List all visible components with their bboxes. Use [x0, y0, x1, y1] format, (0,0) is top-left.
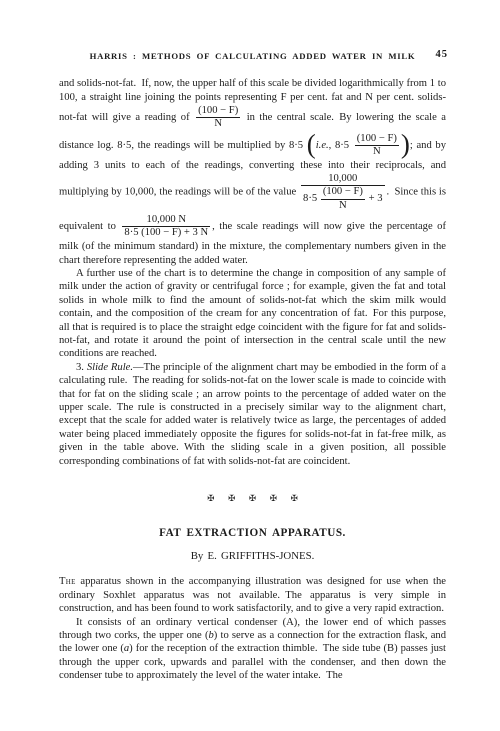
text-run-italic: i.e.,: [316, 140, 332, 151]
fraction-denominator: N: [196, 117, 240, 130]
paragraph: It consists of an ordinary vertical cond…: [59, 616, 446, 683]
text-run: apparatus shown in the accompanying illu…: [59, 576, 446, 614]
inline-fraction: (100 − F)N: [196, 105, 240, 130]
fraction-numerator: (100 − F): [355, 133, 399, 145]
journal-page: HARRIS : METHODS OF CALCULATING ADDED WA…: [0, 0, 500, 731]
fraction-numerator: 10,000 N: [122, 214, 210, 226]
fraction-denominator: 8·5 (100 − F)N + 3: [301, 185, 384, 211]
text-run: 8·5: [303, 194, 320, 205]
page-header: HARRIS : METHODS OF CALCULATING ADDED WA…: [59, 50, 446, 63]
fraction-denominator: N: [355, 145, 399, 158]
text-run: 3.: [76, 362, 87, 373]
nested-fraction: (100 − F)N: [321, 186, 365, 211]
text-run: 8·5: [331, 140, 352, 151]
text-run-italic: Slide Rule.: [87, 362, 133, 373]
byline-by: By: [191, 550, 208, 562]
fraction-denominator: N: [321, 199, 365, 212]
paragraph-continuation: and solids-not-fat. If, now, the upper h…: [59, 77, 446, 267]
text-run: —The principle of the alignment chart ma…: [59, 362, 446, 467]
fraction-numerator: 10,000: [301, 173, 384, 185]
page-number: 45: [436, 48, 449, 61]
big-parenthesis-open: (: [307, 129, 316, 159]
text-run: + 3: [366, 194, 383, 205]
big-parenthesis-close: ): [401, 129, 410, 159]
compound-fraction: 10,0008·5 (100 − F)N + 3: [301, 173, 384, 212]
paragraph: A further use of the chart is to determi…: [59, 267, 446, 361]
paragraph: 3. Slide Rule.—The principle of the alig…: [59, 361, 446, 468]
lead-word-smallcaps: The: [59, 576, 76, 587]
section-divider-ornament: ✠ ✠ ✠ ✠ ✠: [59, 493, 446, 506]
paragraph: The apparatus shown in the accompanying …: [59, 575, 446, 615]
inline-fraction: (100 − F)N: [355, 133, 399, 158]
fraction-denominator: 8·5 (100 − F) + 3 N: [122, 226, 210, 239]
inline-fraction: 10,000 N8·5 (100 − F) + 3 N: [122, 214, 210, 239]
fraction-numerator: (100 − F): [321, 186, 365, 198]
byline-author: E. GRIFFITHS-JONES.: [208, 550, 315, 562]
fraction-numerator: (100 − F): [196, 105, 240, 117]
article-byline: By E. GRIFFITHS-JONES.: [59, 550, 446, 563]
running-title: HARRIS : METHODS OF CALCULATING ADDED WA…: [90, 51, 416, 61]
article-title: FAT EXTRACTION APPARATUS.: [59, 527, 446, 540]
